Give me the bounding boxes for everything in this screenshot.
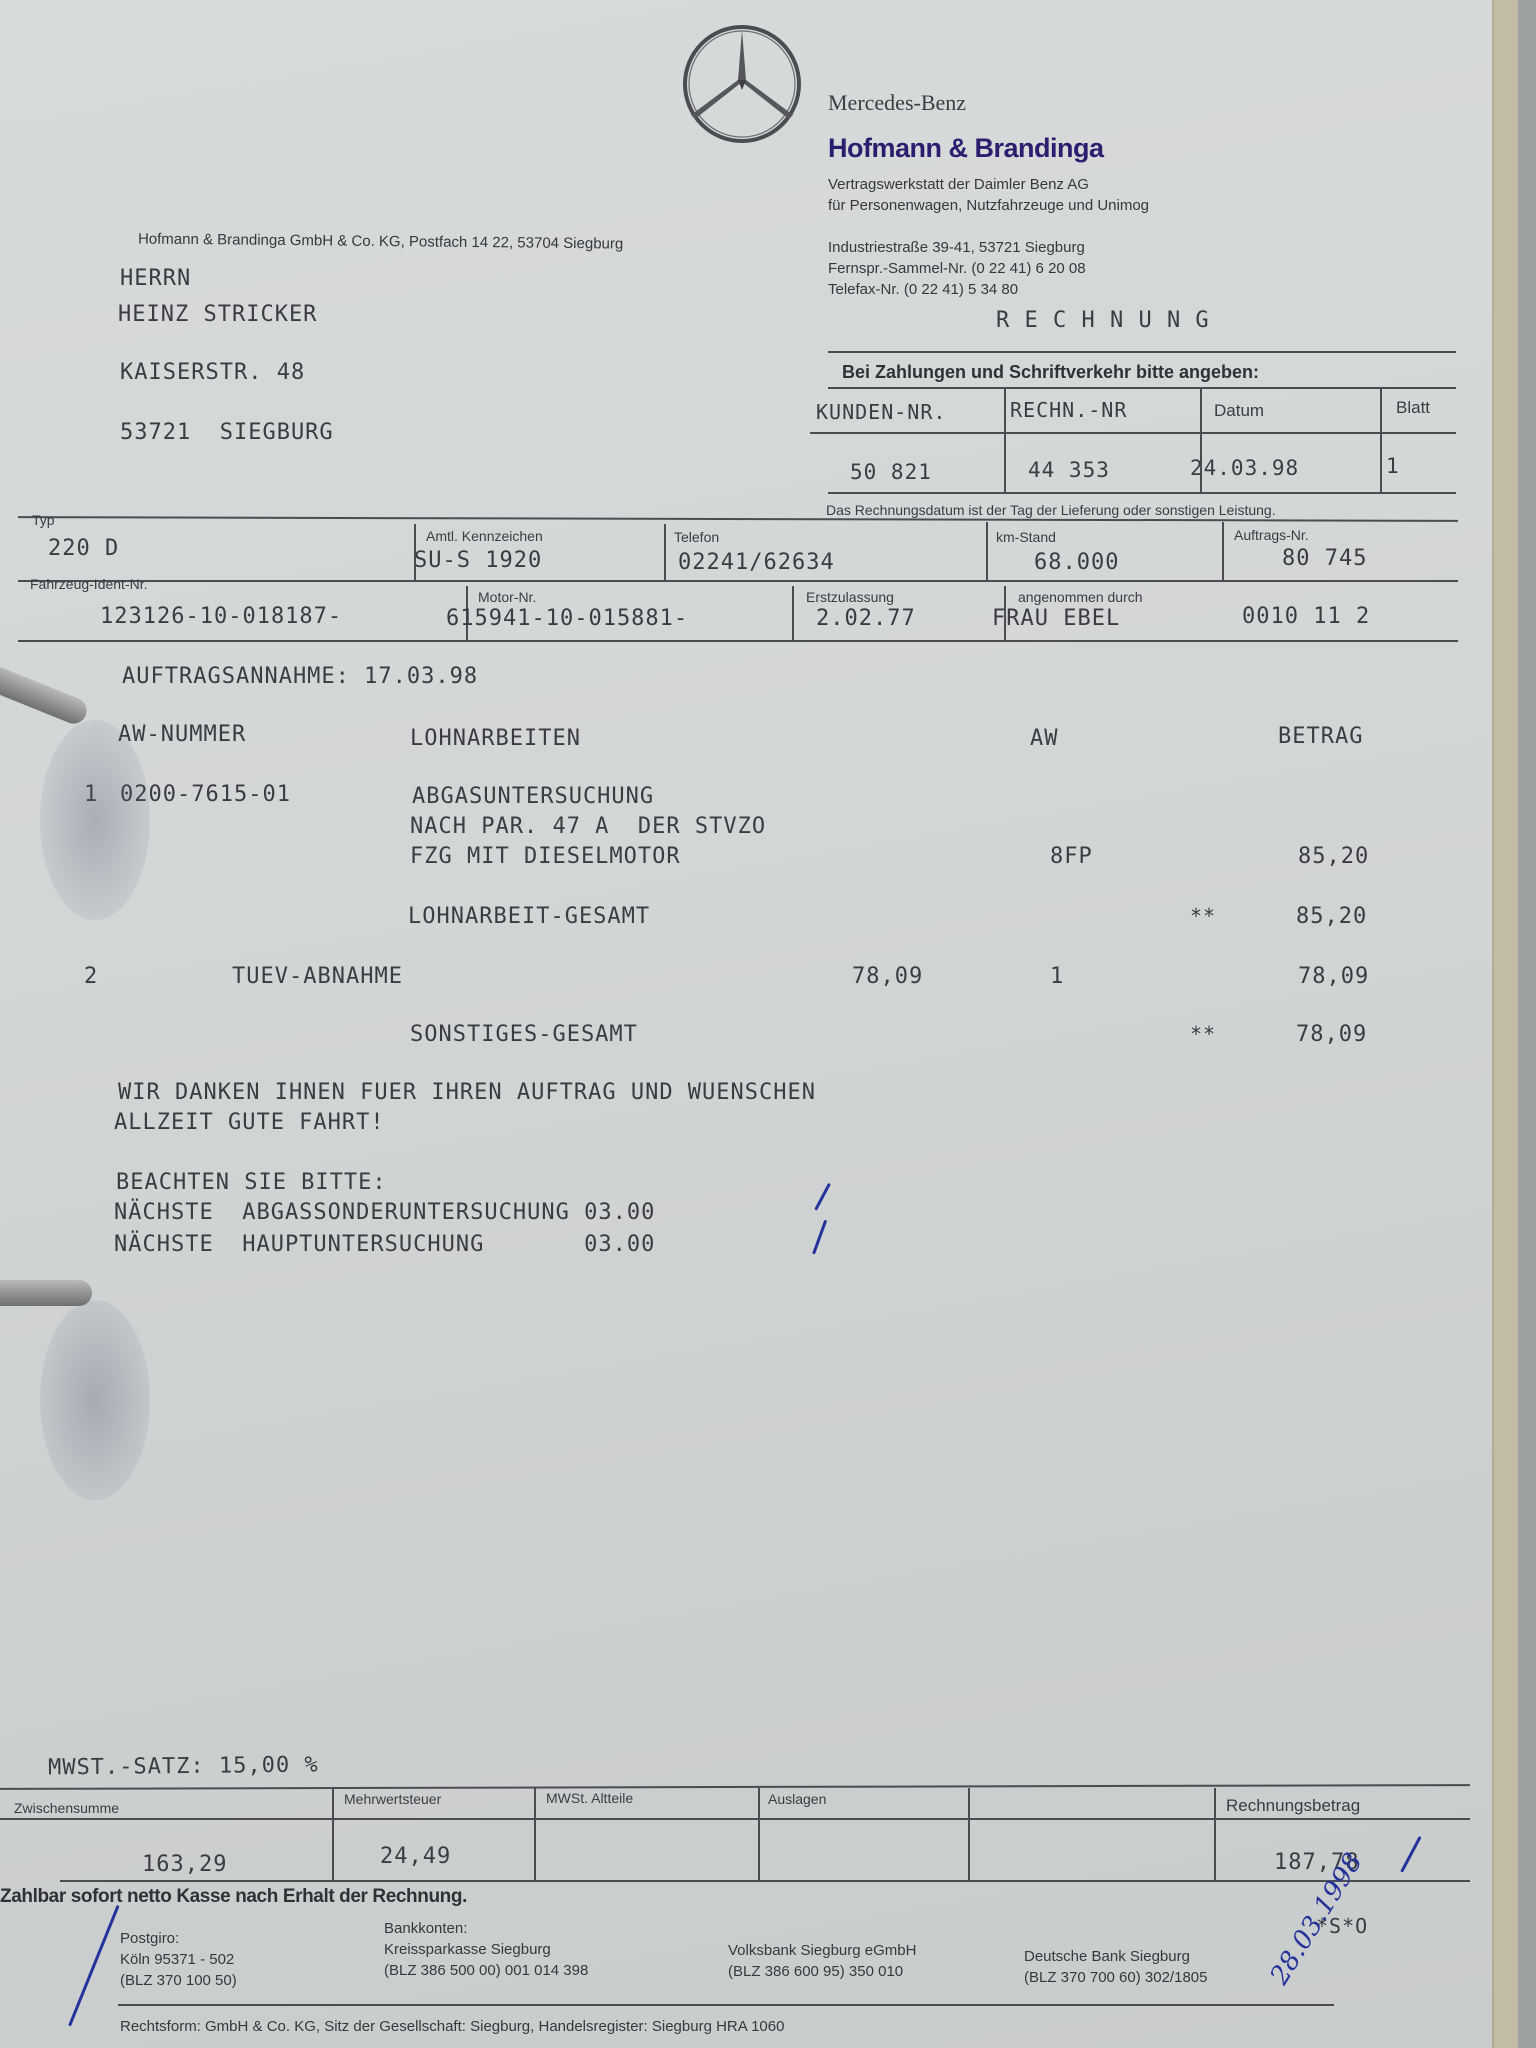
subtotal: 163,29 <box>142 1852 227 1877</box>
company-tagline-1: Vertragswerkstatt der Daimler Benz AG <box>828 176 1089 193</box>
bank-3: Deutsche Bank Siegburg (BLZ 370 700 60) … <box>1024 1946 1207 1988</box>
vat-old-parts-label: MWSt. Altteile <box>546 1790 633 1806</box>
bank-1-name: Kreissparkasse Siegburg <box>384 1939 588 1960</box>
mileage: 68.000 <box>1034 550 1119 575</box>
sheet-header: Blatt <box>1396 398 1430 418</box>
binder-ring-icon <box>0 1280 92 1306</box>
company-name: Hofmann & Brandinga <box>828 133 1104 164</box>
col-labor: LOHNARBEITEN <box>410 726 581 751</box>
vat-amount: 24,49 <box>380 1844 451 1869</box>
vehicle-type: 220 D <box>48 536 119 561</box>
bank-accounts: Bankkonten: Kreissparkasse Siegburg (BLZ… <box>384 1918 588 1981</box>
ring-shadow <box>40 1300 150 1500</box>
postgiro-info: Postgiro: Köln 95371 - 502 (BLZ 370 100 … <box>120 1928 237 1991</box>
vehicle-id-number: 123126-10-018187- <box>100 604 342 629</box>
bank-2: Volksbank Siegburg eGmbH (BLZ 386 600 95… <box>728 1940 916 1982</box>
col-amount: BETRAG <box>1278 724 1363 749</box>
line-2-unit-price: 78,09 <box>852 964 923 989</box>
col-aw: AW <box>1030 726 1059 751</box>
company-phone: Fernspr.-Sammel-Nr. (0 22 41) 6 20 08 <box>828 260 1086 277</box>
internal-code: 0010 11 2 <box>1242 604 1370 629</box>
ring-shadow <box>40 720 150 920</box>
order-no: 80 745 <box>1282 546 1367 571</box>
labor-total-marker: ** <box>1190 904 1216 928</box>
engine-no-label: Motor-Nr. <box>478 589 536 605</box>
invoice-date-footnote: Das Rechnungsdatum ist der Tag der Liefe… <box>826 502 1276 518</box>
bank-3-account: (BLZ 370 700 60) 302/1805 <box>1024 1967 1207 1988</box>
thanks-line-2: ALLZEIT GUTE FAHRT! <box>114 1110 385 1135</box>
accepted-by: FRAU EBEL <box>992 606 1120 631</box>
date-header: Datum <box>1214 401 1264 421</box>
recipient-street: KAISERSTR. 48 <box>120 360 305 385</box>
background-edge <box>1518 0 1536 2048</box>
order-no-label: Auftrags-Nr. <box>1234 527 1309 543</box>
postgiro-label: Postgiro: <box>120 1928 237 1949</box>
company-tagline-2: für Personenwagen, Nutzfahrzeuge und Uni… <box>828 197 1149 214</box>
reference-notice: Bei Zahlungen und Schriftverkehr bitte a… <box>842 362 1259 383</box>
postgiro-account: Köln 95371 - 502 <box>120 1949 237 1970</box>
brand-name: Mercedes-Benz <box>828 90 966 116</box>
line-1-aw: 8FP <box>1050 844 1093 869</box>
line-1-desc-3: FZG MIT DIESELMOTOR <box>410 844 681 869</box>
type-label: Typ <box>32 512 55 528</box>
invoice-no-header: RECHN.-NR <box>1010 398 1127 422</box>
accepted-by-label: angenommen durch <box>1018 589 1143 605</box>
invoice-date: 24.03.98 <box>1190 456 1299 480</box>
recipient-city: 53721 SIEGBURG <box>120 420 334 445</box>
legal-notice: Rechtsform: GmbH & Co. KG, Sitz der Gese… <box>120 2018 784 2035</box>
labor-total-label: LOHNARBEIT-GESAMT <box>408 904 650 929</box>
labor-total-amount: 85,20 <box>1296 904 1367 929</box>
first-registration-label: Erstzulassung <box>806 589 894 605</box>
order-acceptance-date: AUFTRAGSANNAHME: 17.03.98 <box>122 664 478 689</box>
subtotal-label: Zwischensumme <box>14 1800 119 1816</box>
bank-3-name: Deutsche Bank Siegburg <box>1024 1946 1207 1967</box>
customer-phone: 02241/62634 <box>678 550 835 575</box>
bank-2-name: Volksbank Siegburg eGmbH <box>728 1940 916 1961</box>
customer-no-header: KUNDEN-NR. <box>816 400 946 424</box>
phone-label: Telefon <box>674 529 719 545</box>
vin-label: Fahrzeug-Ident-Nr. <box>30 576 148 592</box>
line-1-desc-1: ABGASUNTERSUCHUNG <box>412 784 654 809</box>
next-main-inspection: NÄCHSTE HAUPTUNTERSUCHUNG 03.00 <box>114 1232 655 1257</box>
line-1-desc-2: NACH PAR. 47 A DER STVZO <box>410 814 766 839</box>
line-2-amount: 78,09 <box>1298 964 1369 989</box>
company-address: Industriestraße 39-41, 53721 Siegburg <box>828 239 1085 256</box>
customer-no: 50 821 <box>850 460 932 484</box>
engine-number: 615941-10-015881- <box>446 606 688 631</box>
col-aw-number: AW-NUMMER <box>118 722 246 747</box>
next-emissions-test: NÄCHSTE ABGASSONDERUNTERSUCHUNG 03.00 <box>114 1200 655 1225</box>
sheet-no: 1 <box>1386 454 1400 478</box>
line-2-position: 2 <box>84 964 98 989</box>
other-total-amount: 78,09 <box>1296 1022 1367 1047</box>
km-label: km-Stand <box>996 529 1056 545</box>
expenses-label: Auslagen <box>768 1791 826 1807</box>
license-plate: SU-S 1920 <box>414 548 542 573</box>
recipient-salutation: HERRN <box>120 266 191 291</box>
bank-accounts-heading: Bankkonten: <box>384 1918 588 1939</box>
line-2-desc: TUEV-ABNAHME <box>232 964 403 989</box>
first-registration: 2.02.77 <box>816 606 916 631</box>
bank-1-account: (BLZ 386 500 00) 001 014 398 <box>384 1960 588 1981</box>
recipient-name: HEINZ STRICKER <box>118 302 317 327</box>
payment-terms: Zahlbar sofort netto Kasse nach Erhalt d… <box>0 1886 467 1908</box>
notes-heading: BEACHTEN SIE BITTE: <box>116 1170 387 1195</box>
line-1-amount: 85,20 <box>1298 844 1369 869</box>
thanks-line-1: WIR DANKEN IHNEN FUER IHREN AUFTRAG UND … <box>118 1080 816 1105</box>
vat-label: Mehrwertsteuer <box>344 1791 441 1807</box>
mercedes-star-icon <box>680 22 804 146</box>
binder-page-edge <box>1492 0 1520 2048</box>
bank-2-account: (BLZ 386 600 95) 350 010 <box>728 1961 916 1982</box>
company-fax: Telefax-Nr. (0 22 41) 5 34 80 <box>828 281 1018 298</box>
line-2-qty: 1 <box>1050 964 1064 989</box>
other-total-marker: ** <box>1190 1022 1216 1046</box>
invoice-no: 44 353 <box>1028 458 1110 482</box>
postgiro-blz: (BLZ 370 100 50) <box>120 1970 237 1991</box>
other-total-label: SONSTIGES-GESAMT <box>410 1022 638 1047</box>
invoice-total-label: Rechnungsbetrag <box>1226 1796 1360 1816</box>
document-title: R E C H N U N G <box>996 308 1210 333</box>
vat-rate: MWST.-SATZ: 15,00 % <box>48 1753 319 1781</box>
plate-label: Amtl. Kennzeichen <box>426 528 543 544</box>
